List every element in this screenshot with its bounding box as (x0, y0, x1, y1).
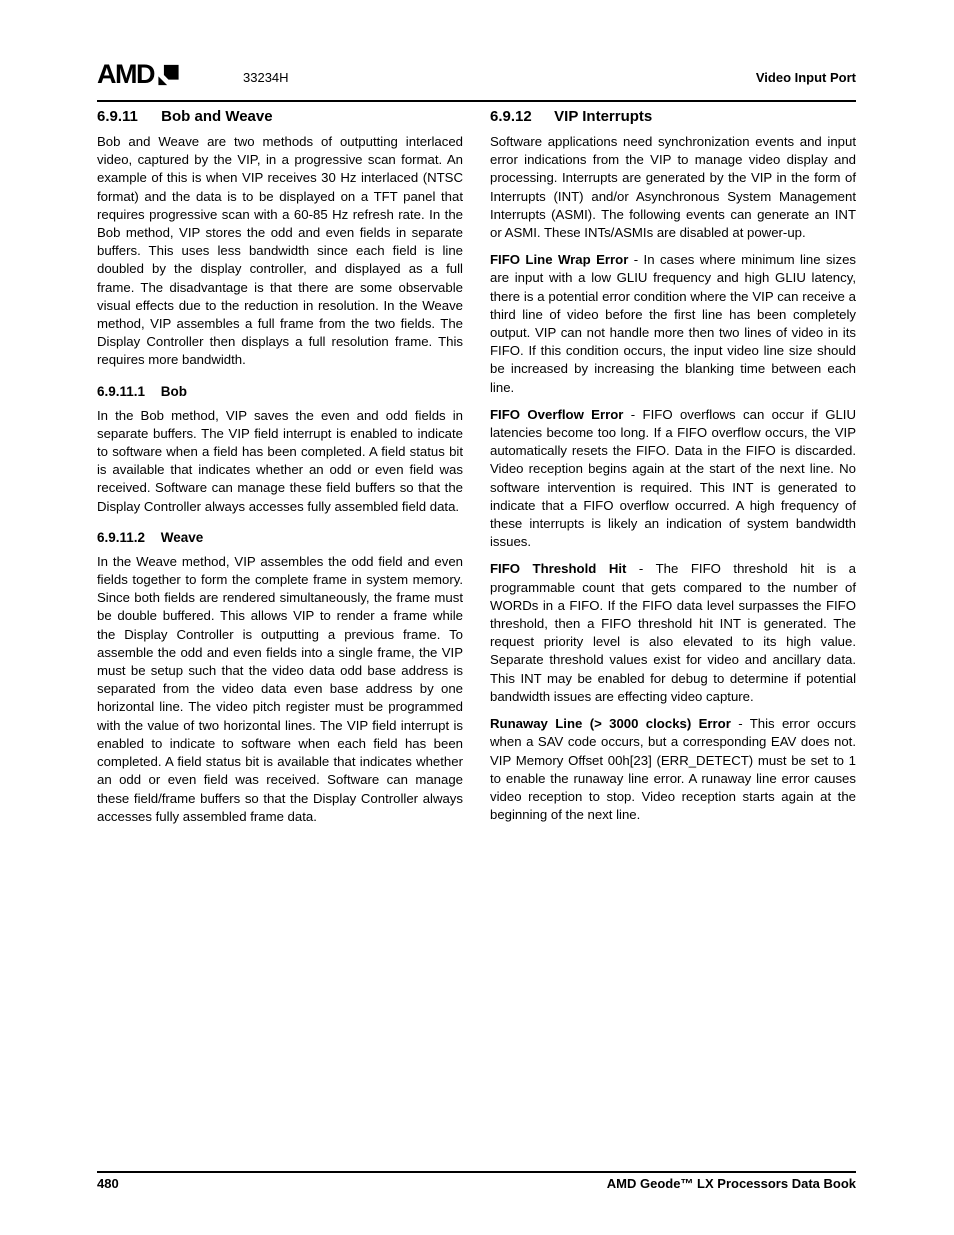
section-number: 6.9.12 (490, 108, 548, 126)
event-paragraph-fifo-line-wrap-error: FIFO Line Wrap Error - In cases where mi… (490, 251, 856, 397)
section-title: Weave (161, 530, 204, 545)
event-term: Runaway Line (> 3000 clocks) Error (490, 716, 731, 731)
event-paragraph-fifo-threshold-hit: FIFO Threshold Hit - The FIFO threshold … (490, 560, 856, 706)
event-paragraph-runaway-line-error: Runaway Line (> 3000 clocks) Error - Thi… (490, 715, 856, 824)
section-title: VIP Interrupts (554, 108, 652, 125)
event-body: - FIFO overflows can occur if GLIU laten… (490, 407, 856, 549)
event-term: FIFO Threshold Hit (490, 561, 626, 576)
paragraph-bob-and-weave: Bob and Weave are two methods of outputt… (97, 133, 463, 370)
right-column: 6.9.12 VIP Interrupts Software applicati… (490, 108, 856, 835)
section-number: 6.9.11 (97, 108, 155, 126)
event-body: - In cases where minimum line sizes are … (490, 252, 856, 394)
amd-logo: AMD (97, 61, 180, 88)
paragraph-bob: In the Bob method, VIP saves the even an… (97, 407, 463, 516)
section-heading-weave: 6.9.11.2 Weave (97, 529, 463, 547)
section-number: 6.9.11.1 (97, 383, 155, 401)
section-heading-bob-and-weave: 6.9.11 Bob and Weave (97, 108, 463, 126)
event-body: - The FIFO threshold hit is a programmab… (490, 561, 856, 703)
event-term: FIFO Line Wrap Error (490, 252, 628, 267)
page-header: AMD 33234H Video Input Port (97, 59, 856, 93)
header-section-title: Video Input Port (756, 70, 856, 85)
header-rule (97, 100, 856, 102)
page-footer: 480 AMD Geode™ LX Processors Data Book (97, 1176, 856, 1191)
paragraph-vip-interrupts: Software applications need synchronizati… (490, 133, 856, 242)
event-paragraph-fifo-overflow-error: FIFO Overflow Error - FIFO overflows can… (490, 406, 856, 552)
event-body: - This error occurs when a SAV code occu… (490, 716, 856, 822)
document-page: AMD 33234H Video Input Port 6.9.11 Bob a… (0, 0, 954, 1235)
book-title: AMD Geode™ LX Processors Data Book (607, 1176, 856, 1191)
amd-arrow-icon (157, 64, 180, 86)
section-heading-vip-interrupts: 6.9.12 VIP Interrupts (490, 108, 856, 126)
page-number: 480 (97, 1176, 119, 1191)
document-number: 33234H (243, 70, 289, 85)
left-column: 6.9.11 Bob and Weave Bob and Weave are t… (97, 108, 463, 835)
section-number: 6.9.11.2 (97, 529, 155, 547)
section-title: Bob (161, 384, 187, 399)
footer-rule (97, 1171, 856, 1173)
amd-logo-text: AMD (97, 61, 154, 88)
page-body: 6.9.11 Bob and Weave Bob and Weave are t… (97, 108, 857, 835)
section-title: Bob and Weave (161, 108, 272, 125)
event-term: FIFO Overflow Error (490, 407, 623, 422)
paragraph-weave: In the Weave method, VIP assembles the o… (97, 553, 463, 826)
section-heading-bob: 6.9.11.1 Bob (97, 383, 463, 401)
